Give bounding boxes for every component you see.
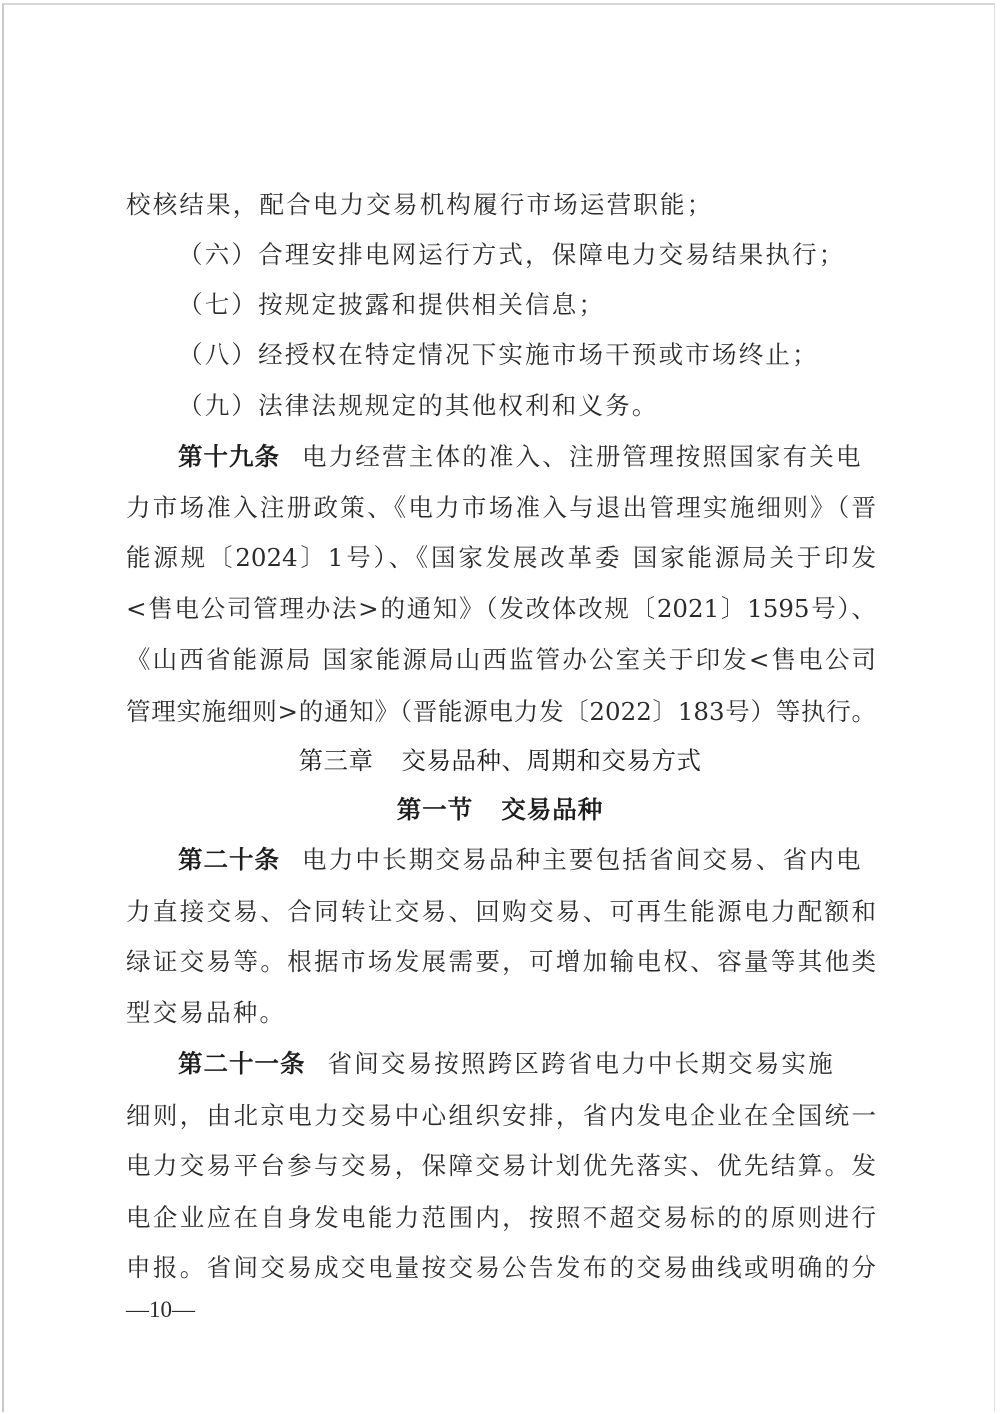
article-20-line-3: 绿证交易等。根据市场发展需要，可增加输电权、容量等其他类 [126, 945, 876, 979]
article-19-line-4: <售电公司管理办法>的通知》（发改体改规〔2021〕1595号）、 [126, 592, 876, 626]
article-21-text: 省间交易按照跨区跨省电力中长期交易实施 [328, 1049, 835, 1078]
section-title: 交易品种 [501, 795, 603, 824]
section-heading: 第一节交易品种 [0, 793, 1000, 827]
article-19-text: 电力经营主体的准入、注册管理按照国家有关电 [302, 442, 863, 471]
article-19-line-2: 力市场准入注册政策、《电力市场准入与退出管理实施细则》（晋 [126, 491, 876, 525]
article-21-line-4: 电企业应在自身发电能力范围内，按照不超交易标的的原则进行 [126, 1201, 876, 1235]
chapter-title: 交易品种、周期和交易方式 [402, 746, 702, 775]
page-number: —10— [126, 1295, 195, 1325]
article-19-line-5: 《山西省能源局 国家能源局山西监管办公室关于印发<售电公司 [126, 643, 876, 677]
section-number: 第一节 [397, 795, 474, 824]
article-19-line-6: 管理实施细则>的通知》（晋能源电力发〔2022〕183号）等执行。 [126, 695, 876, 729]
paragraph-line: 校核结果，配合电力交易机构履行市场运营职能； [126, 188, 876, 222]
article-20-text: 电力中长期交易品种主要包括省间交易、省内电 [302, 845, 863, 874]
list-item-9: （九）法律法规规定的其他权利和义务。 [178, 389, 928, 423]
article-21-line-3: 电力交易平台参与交易，保障交易计划优先落实、优先结算。发 [126, 1149, 876, 1183]
list-item-8: （八）经授权在特定情况下实施市场干预或市场终止； [178, 338, 928, 372]
chapter-heading: 第三章交易品种、周期和交易方式 [0, 744, 1000, 778]
article-20-line-1: 第二十条电力中长期交易品种主要包括省间交易、省内电 [178, 843, 928, 877]
article-19-line-1: 第十九条电力经营主体的准入、注册管理按照国家有关电 [178, 440, 928, 474]
list-item-6: （六）合理安排电网运行方式，保障电力交易结果执行； [178, 238, 928, 272]
article-21-line-1: 第二十一条省间交易按照跨区跨省电力中长期交易实施 [178, 1047, 928, 1081]
chapter-number: 第三章 [299, 746, 374, 775]
list-item-7: （七）按规定披露和提供相关信息； [178, 288, 928, 322]
article-20-label: 第二十条 [178, 845, 280, 874]
article-21-label: 第二十一条 [178, 1049, 306, 1078]
article-20-line-2: 力直接交易、合同转让交易、回购交易、可再生能源电力配额和 [126, 895, 876, 929]
article-19-line-3: 能源规〔2024〕1号）、《国家发展改革委 国家能源局关于印发 [126, 541, 876, 575]
article-19-label: 第十九条 [178, 442, 280, 471]
article-21-line-5: 申报。省间交易成交电量按交易公告发布的交易曲线或明确的分 [126, 1251, 876, 1285]
article-20-line-4: 型交易品种。 [126, 996, 876, 1030]
article-21-line-2: 细则，由北京电力交易中心组织安排，省内发电企业在全国统一 [126, 1099, 876, 1133]
